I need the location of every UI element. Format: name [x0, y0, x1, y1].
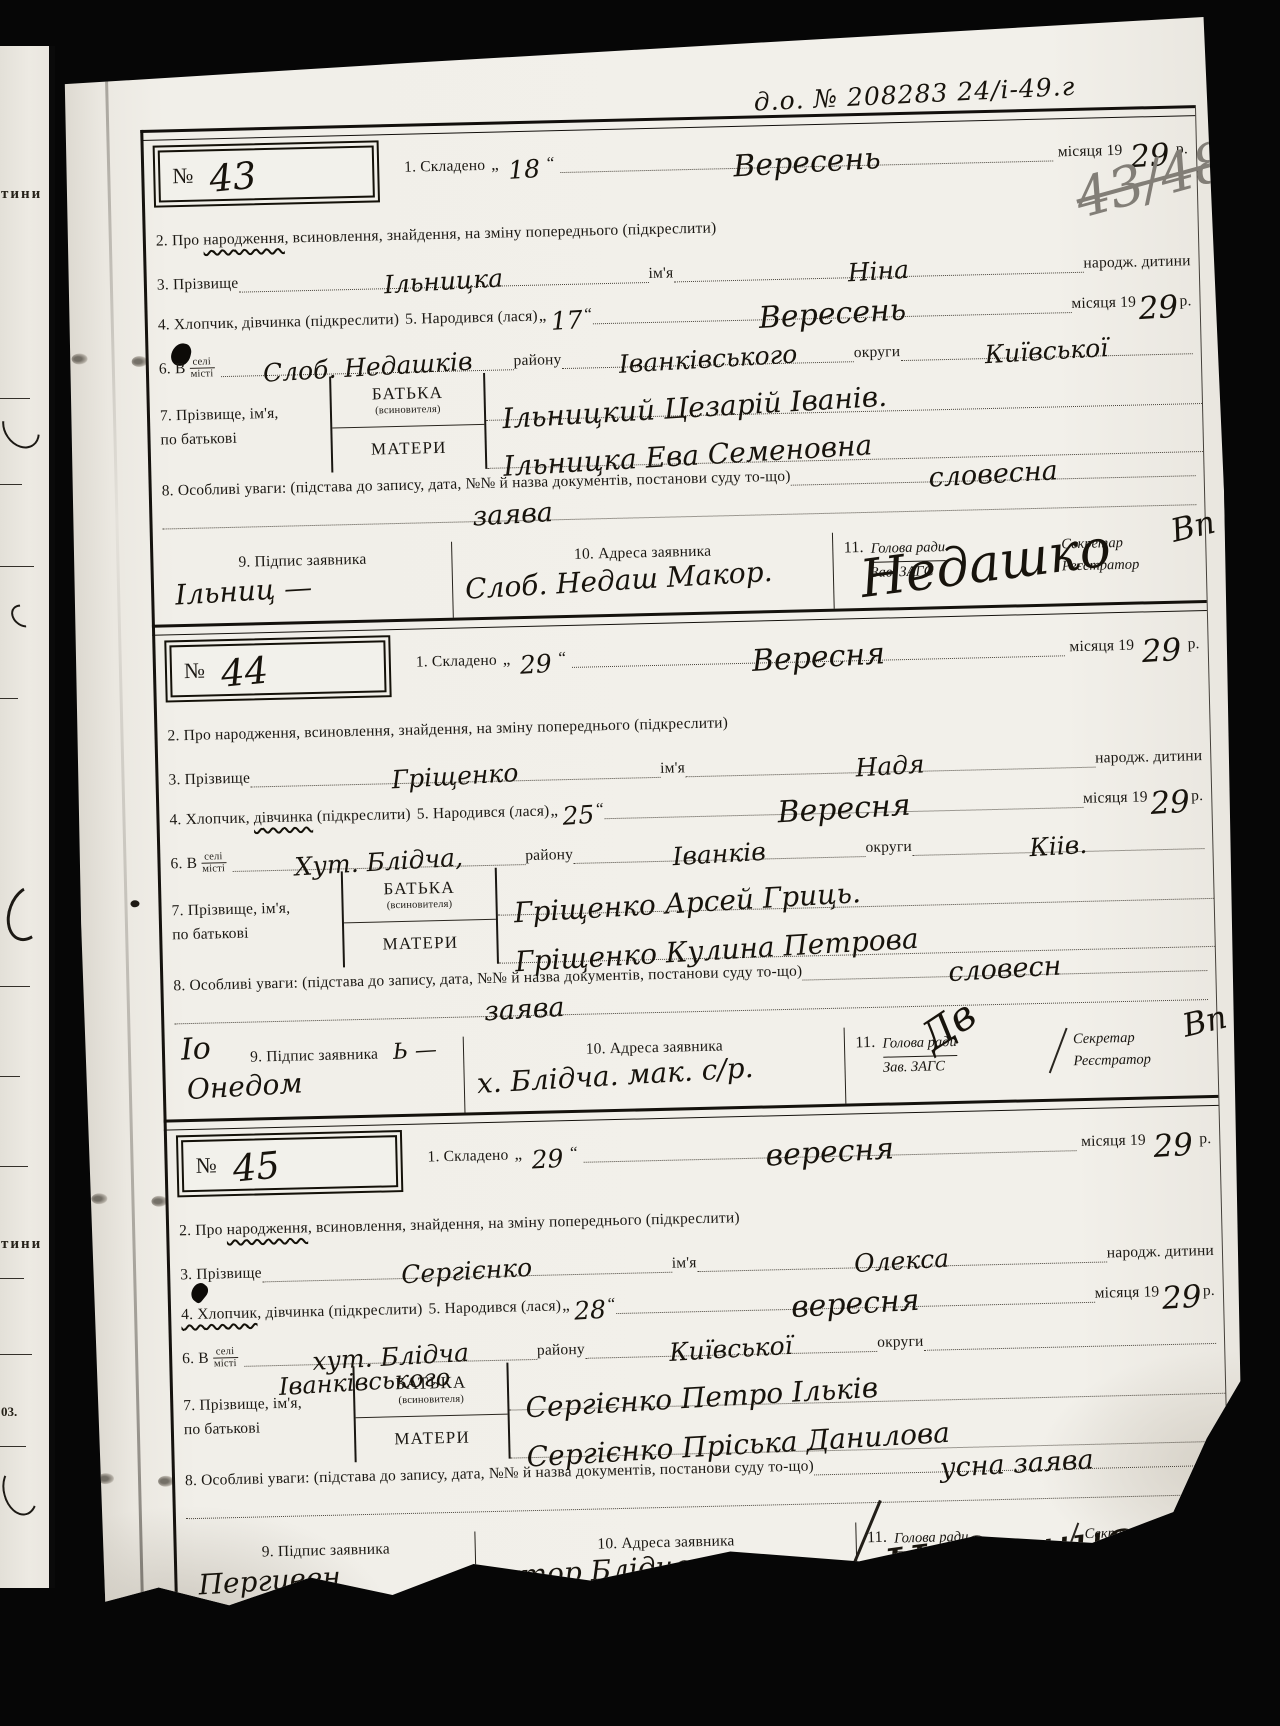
birth-record: № 45 1. Складено „ 29 “ вересня місяця 1… [167, 1106, 1230, 1626]
in-label: 6. В [182, 1350, 209, 1369]
month-of-label: місяця 19 [1069, 637, 1134, 657]
parents-role-box: БАТЬКА(всиновителя) МАТЕРИ [329, 373, 487, 473]
month-of-label: місяця 19 [1071, 294, 1136, 314]
month-of-label: місяця 19 [1094, 1283, 1159, 1303]
mother-label: МАТЕРИ [371, 438, 447, 460]
document-page: д.о. № 208283 24/і-49.г 43/48 № 43 1. Ск… [52, 8, 1258, 1650]
ink-blot [130, 900, 139, 907]
label-part: (підкреслити) [324, 1301, 422, 1320]
composed-label: 1. Складено [427, 1147, 508, 1167]
ink-stroke-fragment [7, 600, 40, 632]
ruled-line-fragment [0, 1446, 26, 1447]
label-part: по батькові [184, 1414, 355, 1442]
head-signature-cell: 11. Голова радиЗав. ЗАГС Недашко [833, 528, 1050, 609]
record-number-box: № 45 [181, 1135, 398, 1192]
mother-label: МАТЕРИ [394, 1427, 470, 1449]
father-label: БАТЬКА [331, 382, 483, 406]
village-word: селі [204, 851, 223, 863]
remark-value: словесна [928, 461, 1058, 489]
district-label: району [525, 846, 573, 865]
secretary-cell: СекретарРеєстратор Вп [1061, 1019, 1219, 1099]
ruled-line-fragment [0, 1076, 20, 1077]
composed-label: 1. Складено [416, 652, 497, 672]
ink-stroke-fragment [0, 1462, 43, 1519]
district-label: району [537, 1341, 585, 1360]
form-footer: Форма № 16. Ст АТ формат А4—210х297. Тре… [178, 1601, 1230, 1647]
composed-month-value: вересня [765, 1138, 895, 1168]
girl-word: дівчинка [242, 313, 301, 331]
punch-hole-mark [71, 353, 87, 364]
quote-close: “ [596, 799, 604, 819]
zags-title: Зав. ЗАГС [883, 1056, 945, 1079]
secretary-signature: Вп [1169, 509, 1217, 543]
applicant-address: Слоб. Недаш Макор. [464, 561, 772, 600]
place-value-line2: Іванківського [279, 1368, 451, 1396]
in-label: 6. В [170, 855, 197, 874]
child-suffix-label: народж. дитини [1107, 1242, 1215, 1263]
applicant-signature: Онедом [186, 1072, 303, 1100]
year-suffix-label: р. [1199, 1130, 1211, 1148]
father-sublabel: (всиновителя) [343, 898, 495, 913]
zags-title: Зав. ЗАГС [894, 1551, 956, 1574]
printer-imprint: Трест „Київ-Друк“. 3-я друк., з. № 254—1… [903, 1607, 1185, 1630]
record-number-label: № [184, 658, 206, 684]
record-number-box: № 43 [158, 145, 375, 202]
quote-close: “ [546, 153, 554, 173]
record-number-value: 45 [232, 1151, 281, 1183]
binding-crease [104, 35, 145, 1650]
remark-value-2: заява [484, 998, 566, 1023]
given-name-label: ім'я [660, 759, 685, 778]
district-label: району [513, 351, 561, 370]
form-number-imprint: Форма № 16. Ст АТ формат А4—210х297. [191, 1624, 434, 1646]
ruled-line-fragment [0, 1166, 28, 1167]
label-part: 2. Про [179, 1221, 227, 1239]
father-role-cell: БАТЬКА(всиновителя) [343, 868, 496, 923]
ruled-line-fragment [0, 986, 30, 987]
month-of-label: місяця 19 [1081, 1132, 1146, 1152]
born-label: 5. Народився (лася) [428, 1297, 561, 1318]
form-frame-bottom-rule [175, 1590, 1230, 1626]
remark-value-2: заява [472, 503, 554, 528]
quote-close: “ [570, 1143, 578, 1163]
registration-form: № 43 1. Складено „ 18 “ Вересень місяця … [140, 105, 1231, 1646]
parents-entries: Ільницкий Цезарій Іванів. Ільницка Ева С… [485, 356, 1203, 469]
record-number-box: № 44 [169, 640, 386, 697]
previous-page-edge: тини тини 03. [0, 46, 55, 1588]
composed-label: 1. Складено [404, 157, 485, 177]
mother-role-cell: МАТЕРИ [344, 920, 497, 968]
village-town-label: селімісті [214, 1346, 237, 1371]
child-suffix-label: народж. дитини [1095, 747, 1203, 768]
month-field: Вересня [572, 641, 1065, 668]
mother-role-cell: МАТЕРИ [356, 1414, 509, 1462]
month-field: Вересень [560, 146, 1053, 173]
village-town-label: селімісті [190, 356, 213, 381]
scanned-register-page: { "page": { "background": "#060606", "pa… [0, 0, 1280, 1726]
quote-open: „ [491, 155, 499, 175]
applicant-address-cell: 10. Адреса заявника х. Блідча. мак. с/р. [464, 1028, 847, 1113]
remark-value: словесн [948, 956, 1062, 983]
composed-day-value: 29 [531, 1150, 564, 1171]
mother-role-cell: МАТЕРИ [332, 425, 485, 473]
boy-word: 4. Хлопчик [169, 810, 245, 829]
given-name-label: ім'я [672, 1254, 697, 1273]
composed-month-value: Вересня [751, 643, 885, 673]
label-part: по батькові [172, 919, 343, 947]
year-suffix-label: р. [1179, 292, 1191, 310]
applicant-signature-cell: Іо 9. Підпис заявника Ь — Онедом [165, 1037, 466, 1120]
ink-stroke-fragment [0, 400, 48, 456]
quote-close: “ [607, 1294, 615, 1314]
village-word: селі [192, 356, 211, 368]
parents-label: 7. Прізвище, ім'я,по батькові [161, 871, 343, 971]
birth-word: народження [226, 1219, 308, 1238]
composed-year-value: 29 [1141, 639, 1182, 665]
label-part: (підкреслити) [301, 311, 399, 330]
label-part: (підкреслити) [313, 806, 411, 825]
registrar-title: Реєстратор [1085, 1544, 1163, 1568]
boy-word: 4. Хлопчик [181, 1305, 257, 1324]
year-suffix-label: р. [1191, 787, 1203, 805]
quote-open: „ [503, 649, 511, 669]
label-part: 2. Про [167, 726, 215, 744]
parents-label: 7. Прізвище, ім'я,по батькові [149, 377, 331, 477]
composed-month-value: Вересень [732, 147, 880, 178]
item-11-label: 11. [855, 1034, 875, 1052]
signature-label: 9. Підпис заявника [238, 551, 366, 571]
ruled-line-fragment [0, 1354, 32, 1355]
applicant-address: хутор Блідча [487, 1555, 689, 1588]
secretary-signature: Вп [1192, 1499, 1240, 1533]
birth-record: № 43 1. Складено „ 18 “ Вересень місяця … [143, 116, 1206, 636]
record-number-value: 43 [208, 161, 257, 193]
signature-label: 9. Підпис заявника [250, 1046, 378, 1066]
label-part: 2. Про [156, 231, 204, 249]
boy-word: 4. Хлопчик [158, 315, 234, 334]
page-edge-fragment: 03. [1, 1404, 17, 1420]
village-word: селі [216, 1346, 235, 1358]
ruled-line-fragment [0, 484, 22, 485]
punch-hole-mark [98, 1473, 114, 1484]
girl-word: дівчинка [265, 1303, 324, 1321]
parents-role-box: БАТЬКА(всиновителя) МАТЕРИ [341, 868, 499, 968]
month-field: вересня [584, 1136, 1077, 1163]
head-signature-cell: 11. Голова радиЗав. ЗАГС Недашив [857, 1517, 1074, 1598]
okrug-label: округи [865, 838, 912, 857]
stray-ink-mark: Ь — [393, 1042, 438, 1061]
quote-open: „ [514, 1144, 522, 1164]
record-number-label: № [172, 163, 194, 189]
record-number-value: 44 [220, 656, 269, 688]
parents-entries: Сергієнко Петро Ільків Сергієнко Пріська… [508, 1346, 1226, 1459]
record-date-line: 1. Складено „ 29 “ вересня місяця 19 29 … [427, 1128, 1211, 1176]
year-suffix-label: р. [1203, 1282, 1215, 1300]
composed-day-value: 29 [519, 655, 552, 676]
head-signature-cell: 11. Голова радиЗав. ЗАГС Дв [845, 1023, 1062, 1104]
record-date-line: 1. Складено „ 29 “ Вересня місяця 19 29 … [416, 633, 1200, 681]
secretary-signature: Вп [1180, 1004, 1228, 1038]
father-label: БАТЬКА [343, 877, 495, 901]
ruled-line-fragment [0, 1278, 24, 1279]
child-suffix-label: народж. дитини [1083, 252, 1191, 273]
ruled-line-fragment [0, 566, 34, 567]
ink-stroke-fragment [0, 879, 55, 947]
born-label: 5. Народився (лася) [417, 802, 550, 823]
in-label: 6. В [159, 360, 186, 379]
stray-ink-mark: Іо [180, 1038, 211, 1062]
archive-ink-annotation: д.о. № 208283 24/і-49.г [753, 78, 1075, 113]
surname-label: 3. Прізвище [168, 770, 250, 790]
birth-word: народження [203, 230, 285, 249]
surname-label: 3. Прізвище [157, 275, 239, 295]
okrug-label: округи [854, 343, 901, 362]
father-role-cell: БАТЬКА(всиновителя) [331, 373, 484, 428]
girl-word: дівчинка [254, 808, 313, 826]
secretary-title: Секретар [1073, 1028, 1135, 1051]
composed-day-value: 18 [508, 160, 541, 181]
given-name-label: ім'я [648, 264, 673, 283]
mother-label: МАТЕРИ [382, 933, 458, 955]
ruled-line-fragment [0, 398, 30, 399]
quote-close: “ [558, 648, 566, 668]
okrug-label: округи [877, 1333, 924, 1352]
page-edge-fragment: тини [1, 1236, 42, 1253]
secretary-titles: СекретарРеєстратор [1073, 1027, 1151, 1072]
applicant-address: х. Блідча. мак. с/р. [476, 1057, 754, 1094]
ruled-line-fragment [0, 698, 18, 699]
quote-open: „ [539, 305, 547, 325]
applicant-signature-cell: 9. Підпис заявника Ільниц — [153, 542, 454, 625]
parents-entries: Гріщенко Арсей Гриць. Гріщенко Кулина Пе… [497, 851, 1215, 964]
quote-open: „ [562, 1295, 570, 1315]
village-town-label: селімісті [202, 851, 225, 876]
surname-label: 3. Прізвище [180, 1264, 262, 1284]
registrar-title: Реєстратор [1073, 1049, 1151, 1073]
composed-year-value: 29 [1152, 1134, 1193, 1160]
quote-close: “ [584, 304, 592, 324]
record-number-label: № [195, 1152, 217, 1178]
page-edge-fragment: тини [1, 186, 42, 203]
applicant-address-cell: 10. Адреса заявника Слоб. Недаш Макор. [452, 533, 835, 618]
applicant-signature-cell: 9. Підпис заявника Пергивен [176, 1531, 477, 1614]
applicant-address-cell: 10. Адреса заявника хутор Блідча [475, 1522, 858, 1607]
quote-open: „ [550, 800, 558, 820]
signature-label: 9. Підпис заявника [262, 1540, 390, 1560]
punch-hole-mark [91, 1193, 107, 1204]
year-suffix-label: р. [1187, 635, 1199, 653]
birth-word: народження [215, 724, 297, 743]
remark-value: усна заява [939, 1450, 1094, 1479]
birth-record: № 44 1. Складено „ 29 “ Вересня місяця 1… [155, 611, 1218, 1131]
label-part: по батькові [160, 425, 331, 453]
month-of-label: місяця 19 [1083, 788, 1148, 808]
born-label: 5. Народився (лася) [405, 308, 538, 329]
applicant-signature: Пергивен [198, 1566, 341, 1595]
father-sublabel: (всиновителя) [332, 403, 484, 418]
applicant-signature: Ільниц — [174, 577, 312, 606]
